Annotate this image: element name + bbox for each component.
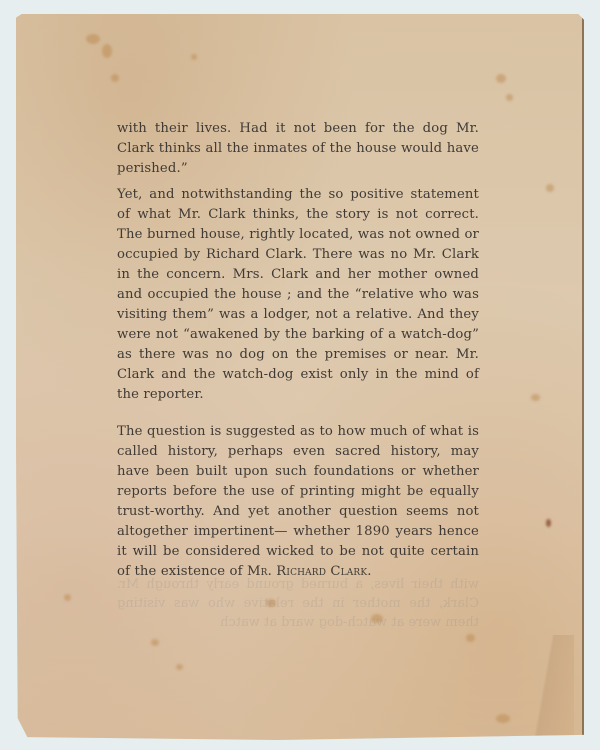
paragraph-1: with their lives. Had it not been for th…	[117, 119, 479, 179]
foxing-spot	[176, 664, 183, 670]
paragraph-2: Yet, and notwithstanding the so positive…	[117, 185, 479, 405]
foxing-spot	[191, 54, 197, 60]
foxing-spot	[531, 394, 540, 401]
folded-corner	[514, 635, 574, 740]
foxing-spot	[546, 184, 554, 192]
bleed-through-text: with their lives, a burned ground early …	[117, 575, 479, 632]
foxing-spot	[111, 74, 119, 82]
document-body: with their lives. Had it not been for th…	[117, 119, 479, 582]
foxing-spot	[466, 634, 475, 642]
foxing-spot	[496, 74, 506, 83]
foxing-spot	[506, 94, 513, 101]
foxing-spot	[496, 714, 510, 723]
paragraph-3-text: The question is suggested as to how much…	[117, 424, 479, 579]
foxing-spot	[86, 34, 100, 44]
name-richard-clark: Mr. Richard Clark	[247, 564, 367, 579]
paragraph-3-end: .	[367, 564, 371, 579]
foxing-spot	[546, 519, 551, 527]
foxing-spot	[64, 594, 71, 601]
foxing-spot	[102, 44, 112, 58]
paragraph-3: The question is suggested as to how much…	[117, 422, 479, 582]
foxing-spot	[151, 639, 159, 646]
